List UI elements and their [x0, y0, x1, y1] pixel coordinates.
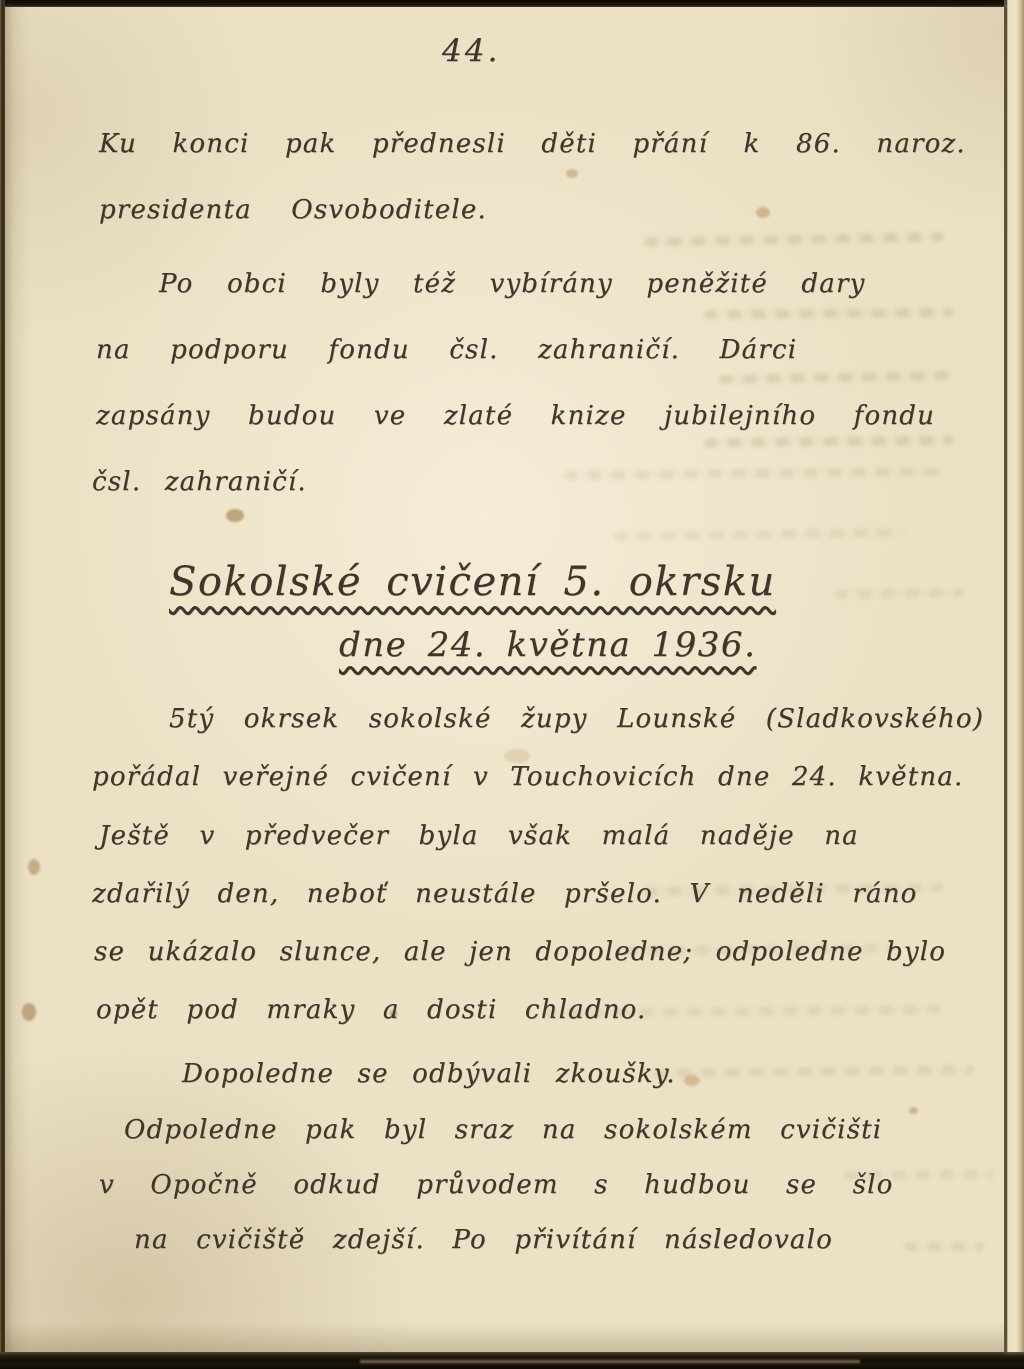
- bleedthrough-mark: [704, 436, 954, 448]
- text-line: na cvičiště zdejší. Po přivítání následo…: [134, 1225, 833, 1255]
- text-line: Ještě v předvečer byla však malá naděje …: [99, 821, 859, 851]
- paper-stain: [566, 169, 578, 178]
- text-line: na podporu fondu čsl. zahraničí. Dárci: [96, 335, 797, 365]
- bleedthrough-mark: [564, 467, 944, 480]
- text-line: pořádal veřejné cvičení v Touchovicích d…: [92, 762, 963, 792]
- page-stack-highlight: [360, 1360, 860, 1363]
- bleedthrough-mark: [654, 1065, 974, 1078]
- text-line: zdařilý den, neboť neustále pršelo. V ne…: [92, 879, 918, 909]
- bleedthrough-mark: [704, 308, 954, 319]
- book-photo: 44. Ku konci pak přednesli děti přání k …: [0, 0, 1024, 1369]
- bleedthrough-mark: [904, 1242, 984, 1251]
- page-number: 44.: [442, 33, 500, 69]
- text-line: 5tý okrsek sokolské župy Lounské (Sladko…: [169, 704, 984, 734]
- paper-stain: [504, 749, 530, 763]
- text-line: čsl. zahraničí.: [92, 467, 307, 497]
- text-line: opět pod mraky a dosti chladno.: [96, 995, 647, 1025]
- text-line: Dopoledne se odbývali zkoušky.: [182, 1059, 676, 1089]
- bleedthrough-mark: [644, 232, 944, 246]
- text-line: presidenta Osvoboditele.: [99, 195, 487, 225]
- page-edge-line: [1004, 0, 1006, 1369]
- text-line: Odpoledne pak byl sraz na sokolském cvič…: [124, 1115, 882, 1145]
- bleedthrough-mark: [834, 588, 964, 599]
- paper-stain: [226, 509, 244, 522]
- text-line: Po obci byly též vybírány peněžité dary: [159, 269, 866, 299]
- bleedthrough-mark: [719, 371, 954, 384]
- paper-stain: [756, 207, 770, 218]
- paper-stain: [909, 1107, 918, 1114]
- text-line: zapsány budou ve zlaté knize jubilejního…: [96, 401, 935, 431]
- paper-stain: [22, 1003, 36, 1021]
- text-line: Ku konci pak přednesli děti přání k 86. …: [99, 129, 966, 159]
- text-line: v Opočně odkud průvodem s hudbou se šlo: [99, 1170, 894, 1200]
- section-heading-line2: dne 24. května 1936.: [339, 625, 756, 665]
- chronicle-page: 44. Ku konci pak přednesli děti přání k …: [4, 7, 1004, 1352]
- bleedthrough-mark: [614, 528, 904, 541]
- next-page-edge: [1004, 0, 1024, 1369]
- section-heading-line1: Sokolské cvičení 5. okrsku: [169, 559, 776, 605]
- paper-stain: [28, 859, 40, 875]
- paper-stain: [684, 1075, 700, 1086]
- photo-edge-left: [0, 0, 5, 1369]
- text-line: se ukázalo slunce, ale jen dopoledne; od…: [94, 937, 946, 967]
- photo-edge-top: [0, 0, 1024, 7]
